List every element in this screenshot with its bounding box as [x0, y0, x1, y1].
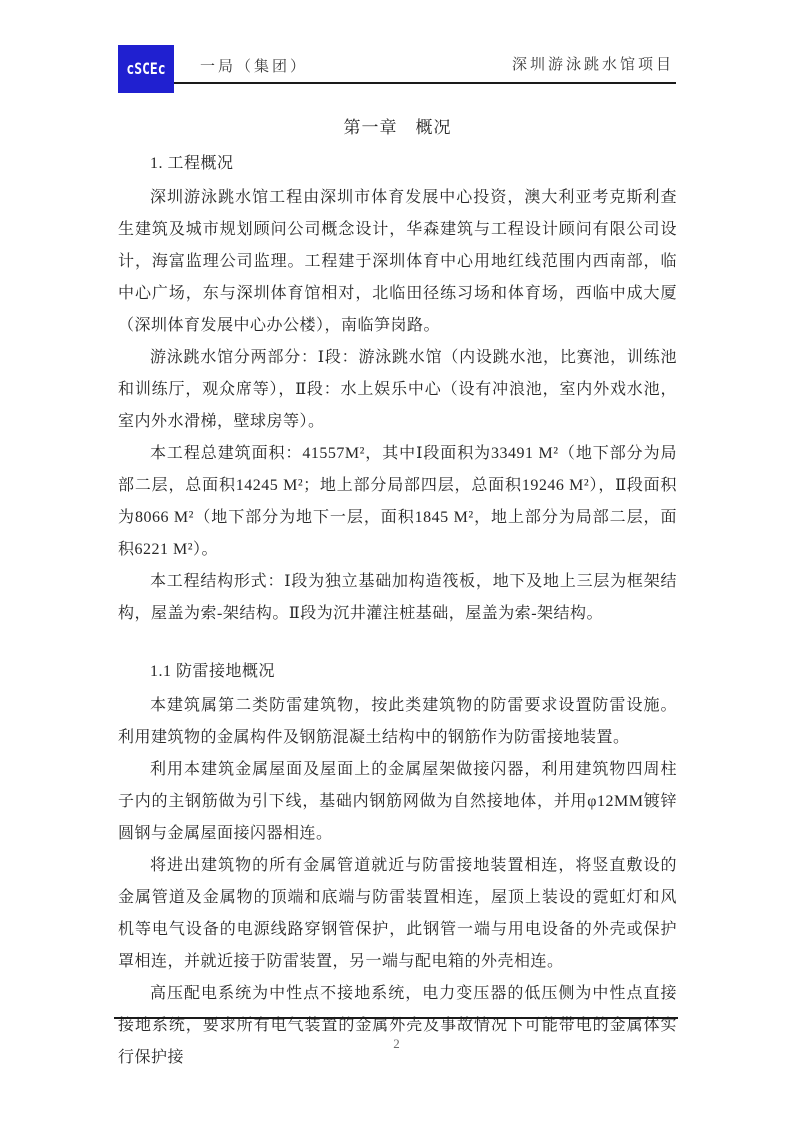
cscec-logo-text: cSCEc	[126, 60, 165, 79]
header-divider-line	[174, 82, 676, 84]
paragraph: 深圳游泳跳水馆工程由深圳市体育发展中心投资，澳大利亚考克斯利查生建筑及城市规划顾…	[118, 182, 677, 342]
header-project-name: 深圳游泳跳水馆项目	[512, 53, 674, 74]
section-heading-1-1: 1.1 防雷接地概况	[118, 656, 677, 688]
section-heading-1: 1. 工程概况	[118, 148, 677, 180]
document-body: 第一章 概况 1. 工程概况 深圳游泳跳水馆工程由深圳市体育发展中心投资，澳大利…	[118, 112, 677, 1074]
paragraph: 将进出建筑物的所有金属管道就近与防雷接地装置相连，将竖直敷设的金属管道及金属物的…	[118, 850, 677, 978]
page-number: 2	[0, 1036, 793, 1052]
paragraph: 高压配电系统为中性点不接地系统，电力变压器的低压侧为中性点直接接地系统，要求所有…	[118, 978, 677, 1074]
header-company-name: 一局（集团）	[200, 55, 308, 76]
footer-divider-line	[114, 1017, 678, 1019]
cscec-logo: cSCEc	[118, 45, 174, 93]
paragraph: 游泳跳水馆分两部分：Ⅰ段：游泳跳水馆（内设跳水池，比赛池，训练池和训练厅，观众席…	[118, 342, 677, 438]
paragraph: 利用本建筑金属屋面及屋面上的金属屋架做接闪器，利用建筑物四周柱子内的主钢筋做为引…	[118, 754, 677, 850]
chapter-heading: 第一章 概况	[118, 112, 677, 144]
document-page: cSCEc 一局（集团） 深圳游泳跳水馆项目 第一章 概况 1. 工程概况 深圳…	[0, 0, 793, 1122]
paragraph: 本建筑属第二类防雷建筑物，按此类建筑物的防雷要求设置防雷设施。利用建筑物的金属构…	[118, 690, 677, 754]
paragraph: 本工程结构形式：Ⅰ段为独立基础加构造筏板，地下及地上三层为框架结构，屋盖为索-架…	[118, 566, 677, 630]
paragraph: 本工程总建筑面积：41557M²，其中Ⅰ段面积为33491 M²（地下部分为局部…	[118, 438, 677, 566]
page-header: cSCEc 一局（集团） 深圳游泳跳水馆项目	[118, 45, 676, 95]
